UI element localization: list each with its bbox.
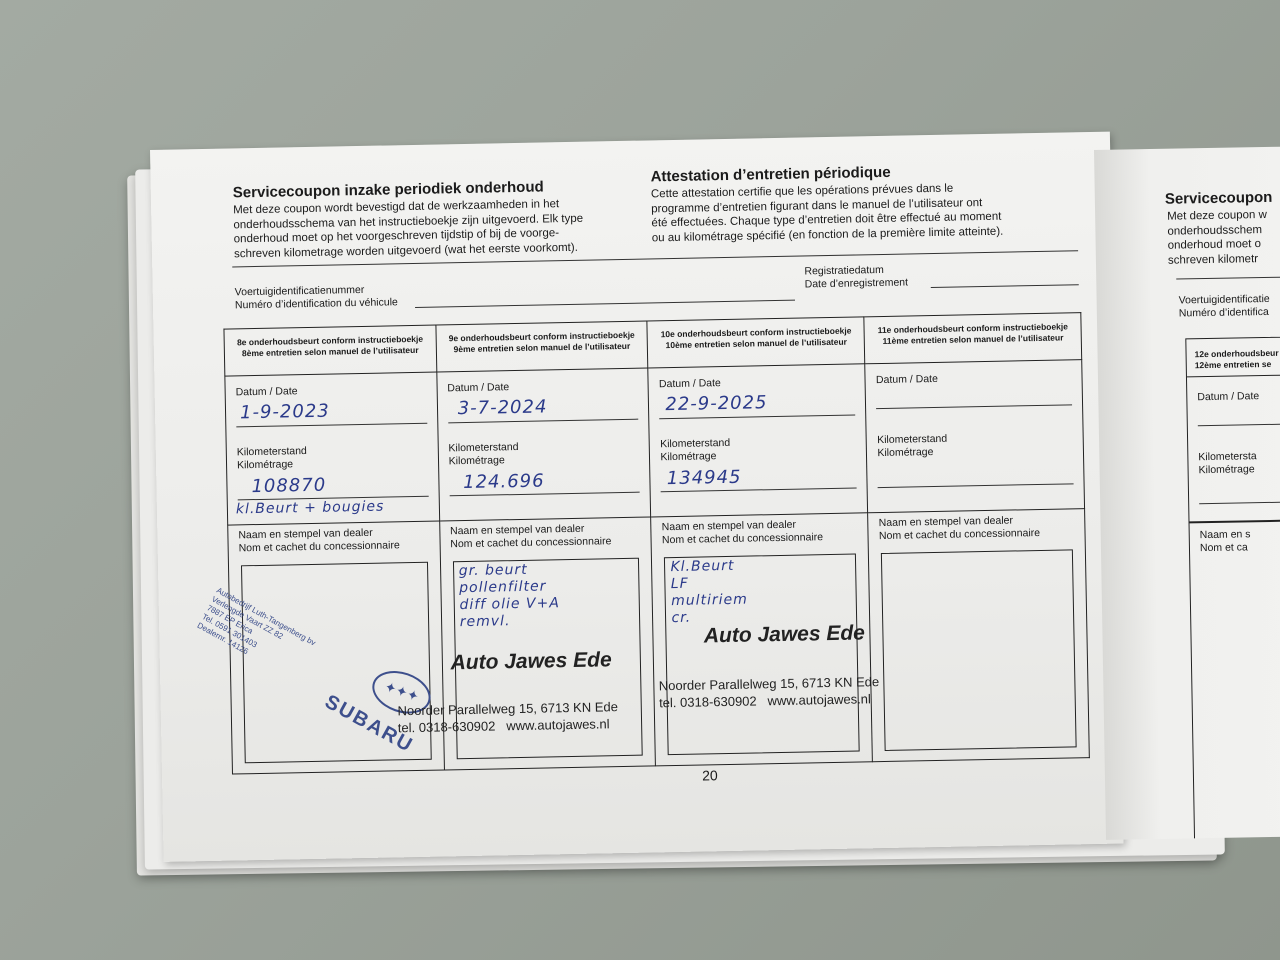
next-page-title: Servicecoupon: [1165, 189, 1273, 208]
registration-label: Registratiedatum Date d’enregistrement: [804, 263, 908, 291]
dealer-stamp-name: Auto Jawes Ede: [704, 621, 865, 648]
dealer-label: Naam en sNom et ca: [1200, 528, 1251, 555]
service-9-notes: gr. beurt pollenfilter diff olie V+A rem…: [459, 561, 561, 631]
service-data-row: Datum / Date 1-9-2023 KilometerstandKilo…: [225, 360, 1085, 525]
title-fr: Attestation d’entretien périodique: [650, 164, 890, 186]
date-label: Datum / Date: [447, 381, 509, 395]
service-9-dealer: Naam en stempel van dealerNom et cachet …: [439, 517, 655, 770]
next-page-vehicle-label: Voertuigidentificatie Numéro d’identific…: [1179, 293, 1271, 321]
intro-fr: Cette attestation certifie que les opéra…: [651, 181, 1004, 246]
date-label: Datum / Date: [876, 373, 938, 387]
service-11-data: Datum / Date KilometerstandKilométrage: [865, 360, 1084, 513]
service-8-header: 8e onderhoudsbeurt conform instructieboe…: [224, 325, 437, 376]
registration-field[interactable]: [931, 284, 1079, 288]
registration-label-fr: Date d’enregistrement: [805, 276, 909, 291]
km-label: KilometerstaKilométrage: [1198, 450, 1257, 477]
service-9-km[interactable]: 124.696: [463, 470, 545, 493]
date-line: [660, 415, 856, 420]
date-label: Datum / Date: [236, 385, 298, 399]
service-10-notes: Kl.Beurt LF multiriem cr.: [670, 558, 748, 627]
stamp-box[interactable]: [881, 549, 1076, 751]
dealer-label: Naam en stempel van dealerNom et cachet …: [662, 518, 824, 547]
service-12-km-field[interactable]: [1199, 500, 1280, 504]
service-8-note: kl.Beurt + bougies: [236, 500, 385, 518]
divider: [1176, 276, 1280, 280]
dealer-stamp-name: Auto Jawes Ede: [450, 648, 611, 675]
service-10-data: Datum / Date 22-9-2025 KilometerstandKil…: [648, 364, 868, 517]
service-9-date[interactable]: 3-7-2024: [458, 396, 548, 419]
service-10-date[interactable]: 22-9-2025: [665, 392, 768, 415]
km-label: KilometerstandKilométrage: [877, 433, 948, 460]
next-page-partial: Servicecoupon Met deze coupon w onderhou…: [1094, 146, 1280, 840]
date-line: [236, 423, 427, 428]
vehicle-id-field[interactable]: [415, 300, 795, 308]
service-8-km[interactable]: 108870: [251, 475, 326, 497]
date-line: [448, 419, 639, 424]
vehicle-id-label-fr: Numéro d’identification du véhicule: [235, 296, 398, 312]
service-12-date-field[interactable]: [1198, 422, 1280, 426]
service-stamp-row: Naam en stempel van dealerNom et cachet …: [228, 509, 1090, 774]
service-8-date[interactable]: 1-9-2023: [240, 401, 330, 424]
service-10-km[interactable]: 134945: [667, 467, 742, 489]
service-10-header: 10e onderhoudsbeurt conform instructiebo…: [647, 317, 865, 368]
dealer-label: Naam en stempel van dealerNom et cachet …: [238, 526, 400, 555]
intro-nl: Met deze coupon wordt bevestigd dat de w…: [233, 197, 584, 262]
service-11-date-field[interactable]: [877, 404, 1073, 409]
service-10-dealer: Naam en stempel van dealerNom et cachet …: [651, 513, 873, 766]
page-number: 20: [702, 767, 718, 783]
date-label: Datum / Date: [659, 377, 721, 391]
dealer-label: Naam en stempel van dealerNom et cachet …: [879, 514, 1041, 543]
service-booklet-page: Servicecoupon inzake periodiek onderhoud…: [150, 132, 1123, 862]
km-label: KilometerstandKilométrage: [448, 441, 519, 468]
vehicle-id-label: Voertuigidentificatienummer Numéro d’ide…: [235, 283, 398, 312]
km-label: KilometerstandKilométrage: [237, 445, 308, 472]
service-9-header: 9e onderhoudsbeurt conform instructieboe…: [436, 321, 649, 372]
next-page-intro: Met deze coupon w onderhoudsschem onderh…: [1167, 208, 1268, 268]
service-table: 8e onderhoudsbeurt conform instructieboe…: [223, 312, 1089, 774]
service-12-header: 12e onderhoudsbeur12ème entretien se: [1186, 336, 1280, 377]
service-11-header: 11e onderhoudsbeurt conform instructiebo…: [864, 313, 1081, 364]
next-page-table: 12e onderhoudsbeur12ème entretien se Dat…: [1185, 335, 1280, 840]
date-label: Datum / Date: [1197, 390, 1259, 404]
dealer-stamp-address: Noorder Parallelweg 15, 6713 KN Ede tel.…: [397, 698, 618, 736]
service-8-data: Datum / Date 1-9-2023 KilometerstandKilo…: [225, 372, 440, 525]
service-9-data: Datum / Date 3-7-2024 KilometerstandKilo…: [437, 368, 652, 521]
service-11-dealer: Naam en stempel van dealerNom et cachet …: [868, 509, 1089, 762]
km-label: KilometerstandKilométrage: [660, 437, 731, 464]
dealer-label: Naam en stempel van dealerNom et cachet …: [450, 522, 612, 551]
dealer-stamp-address: Noorder Parallelweg 15, 6713 KN Ede tel.…: [659, 673, 880, 711]
divider: [1189, 518, 1280, 523]
service-11-km-field[interactable]: [878, 483, 1074, 488]
